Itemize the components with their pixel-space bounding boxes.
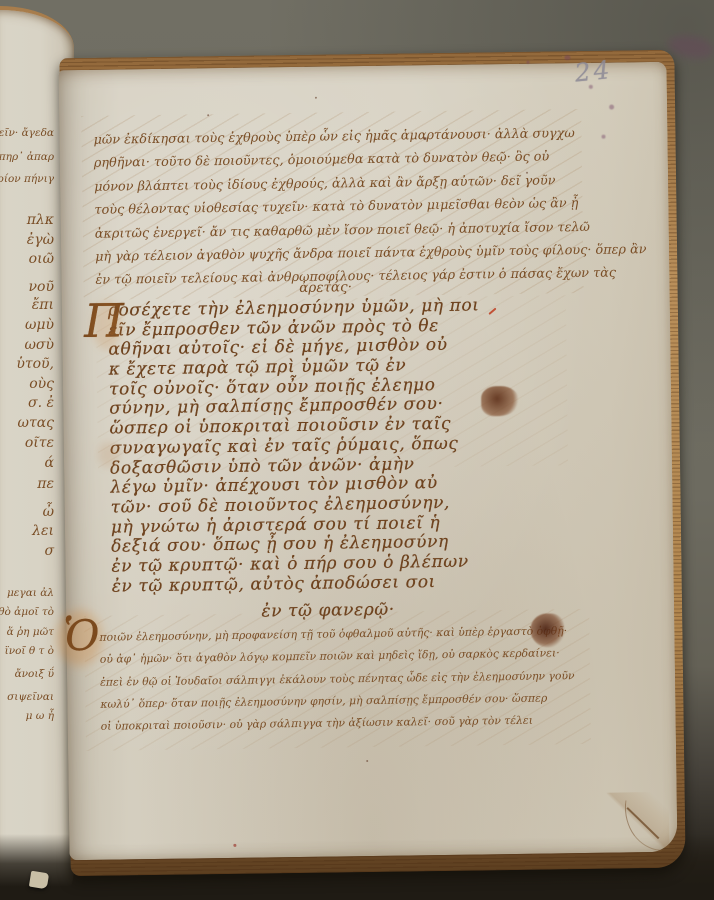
facing-text-fragment: ξεῖν· ἄγεδα (0, 127, 54, 139)
manuscript-photo: ξεῖν· ἄγεδα ἡ πηρ᾽ ἀπαρ ὑσοίον πήνιγ πλκ… (0, 0, 714, 900)
gospel-line: ἐν τῷ κρυπτῷ, αὐτὸς ἀποδώσει σοι (112, 572, 484, 597)
speck (207, 114, 209, 116)
facing-text-fragment: σιψεῖναι (7, 691, 54, 703)
facing-text-fragment: ἄνοιξ ΰ (15, 668, 54, 680)
facing-text-fragment: λει (32, 523, 54, 539)
facing-text-fragment: ωσὺ (25, 337, 54, 353)
facing-text-fragment: ὦ (43, 504, 54, 520)
facing-text-fragment: θὸ ἀμοῖ τὸ (0, 606, 54, 618)
facing-text-fragment: ωτας (18, 415, 54, 431)
facing-text-fragment: ἔπι (32, 297, 54, 313)
facing-text-fragment: νοῦ (29, 279, 54, 295)
gospel-text-block: ροσέχετε τὴν ἐλεημοσύνην ὑμῶν, μὴ ποι εῖ… (108, 296, 484, 596)
speck (366, 760, 368, 762)
ink-blot (530, 613, 564, 647)
purple-stain-background (666, 32, 714, 62)
facing-text-fragment: ϊνοῖ θ τ ὸ (5, 645, 54, 657)
commentary-bottom-block: ποιῶν ἐλεημοσύνην, μὴ προφανείση τῇ τοῦ … (99, 620, 575, 738)
speck (315, 97, 317, 99)
facing-text-fragment: σ. ἐ (28, 395, 54, 411)
facing-text-fragment: ωμὺ (25, 317, 54, 333)
faint-stain (98, 441, 120, 467)
facing-text-fragment: ἅ ῥη μῶτ (7, 626, 54, 638)
purple-speck (589, 85, 593, 89)
facing-text-fragment: ὑτοῦ, (16, 356, 54, 372)
commentary-initial: Ὁ (63, 614, 100, 658)
bookmark-fragment (29, 871, 49, 890)
purple-speck (609, 105, 614, 110)
facing-text-fragment: ὑσοίον πήνιγ (0, 173, 54, 185)
facing-text-fragment: οὺς (29, 376, 54, 392)
orange-smudge (92, 301, 123, 349)
purple-speck (526, 61, 529, 64)
commentary-top-block: μῶν ἐκδίκησαι τοὺς ἐχθροὺς ὑπὲρ ὧν εἰς ἡ… (93, 121, 647, 292)
facing-text-fragment: ἐγὼ (27, 232, 54, 248)
purple-speck (564, 55, 570, 60)
facing-text-fragment: μ ω ἦ (26, 710, 54, 722)
speck (424, 137, 427, 140)
facing-text-fragment: πε (37, 476, 54, 492)
facing-text-fragment: μεγαι ἀλ (7, 587, 54, 599)
facing-text-fragment: ά (45, 455, 54, 471)
red-speck (233, 844, 236, 847)
facing-text-fragment: οιῶ (29, 251, 54, 267)
manuscript-page: 24 μῶν ἐκδίκησαι τοὺς ἐχθροὺς ὑπὲρ ὧν εἰ… (56, 50, 679, 868)
folio-number-pencil: 24 (573, 55, 614, 88)
facing-text-fragment: οῖτε (25, 435, 54, 451)
facing-text-fragment: σ (44, 543, 54, 559)
facing-text-fragment: ἡ πηρ᾽ ἀπαρ (0, 151, 54, 163)
speck (526, 172, 528, 174)
facing-text-fragment: πλκ (27, 212, 54, 228)
page-content: 24 μῶν ἐκδίκησαι τοὺς ἐχθροὺς ὑπὲρ ὧν εἰ… (56, 50, 679, 868)
purple-speck (601, 135, 605, 139)
